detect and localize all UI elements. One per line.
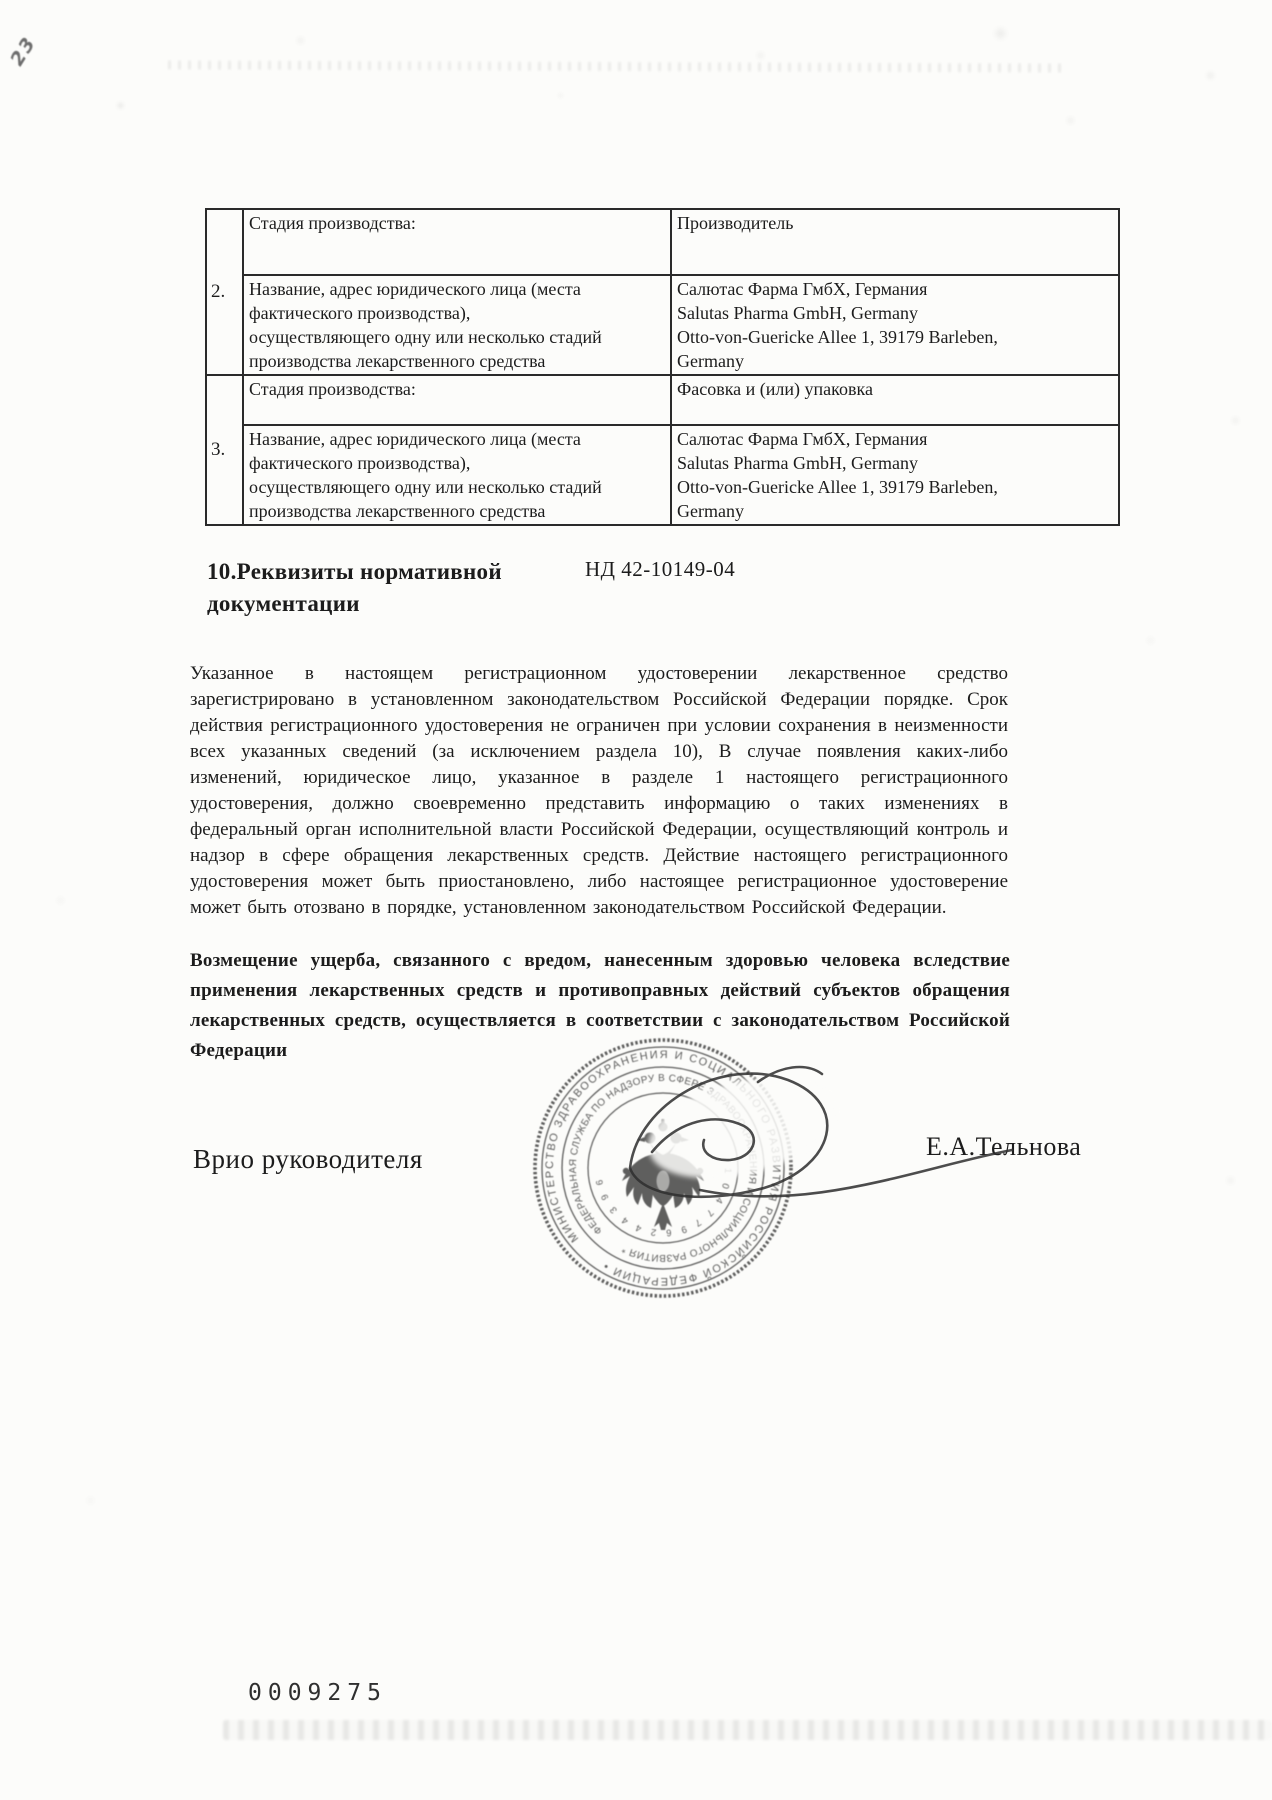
table-row: Название, адрес юридического лица (места… <box>206 425 1119 525</box>
stage-value-cell: Фасовка и (или) упаковка <box>671 375 1119 425</box>
scan-artifact-line <box>168 60 1068 72</box>
section-10-title: 10.Реквизиты нормативной документации <box>207 556 587 620</box>
document-page: 23 2. Стадия производства: Производитель… <box>0 0 1272 1800</box>
row-number: 2. <box>206 209 243 375</box>
signer-role-label: Врио руководителя <box>193 1144 423 1175</box>
scan-smudge-band <box>223 1720 1272 1740</box>
stage-value-cell: Производитель <box>671 209 1119 275</box>
signer-name: Е.А.Тельнова <box>926 1132 1081 1162</box>
handwritten-mark: 23 <box>6 32 41 69</box>
name-value-cell: Салютас Фарма ГмбХ, Германия Salutas Pha… <box>671 275 1119 375</box>
stage-label-cell: Стадия производства: <box>243 209 671 275</box>
table-row: 3. Стадия производства: Фасовка и (или) … <box>206 375 1119 425</box>
section-10-value: НД 42-10149-04 <box>585 557 735 582</box>
name-value-cell: Салютас Фарма ГмбХ, Германия Salutas Pha… <box>671 425 1119 525</box>
name-label-cell: Название, адрес юридического лица (места… <box>243 275 671 375</box>
scan-noise-speckles <box>0 0 1 1</box>
double-headed-eagle-icon <box>622 1119 704 1230</box>
official-stamp: МИНИСТЕРСТВО ЗДРАВООХРАНЕНИЯ И СОЦИАЛЬНО… <box>530 1035 796 1301</box>
name-label-cell: Название, адрес юридического лица (места… <box>243 425 671 525</box>
stage-label-cell: Стадия производства: <box>243 375 671 425</box>
serial-number: 0009275 <box>248 1680 387 1706</box>
production-table: 2. Стадия производства: Производитель На… <box>205 208 1120 526</box>
table-row: Название, адрес юридического лица (места… <box>206 275 1119 375</box>
registration-terms-paragraph: Указанное в настоящем регистрационном уд… <box>190 661 1008 921</box>
table-row: 2. Стадия производства: Производитель <box>206 209 1119 275</box>
row-number: 3. <box>206 375 243 525</box>
